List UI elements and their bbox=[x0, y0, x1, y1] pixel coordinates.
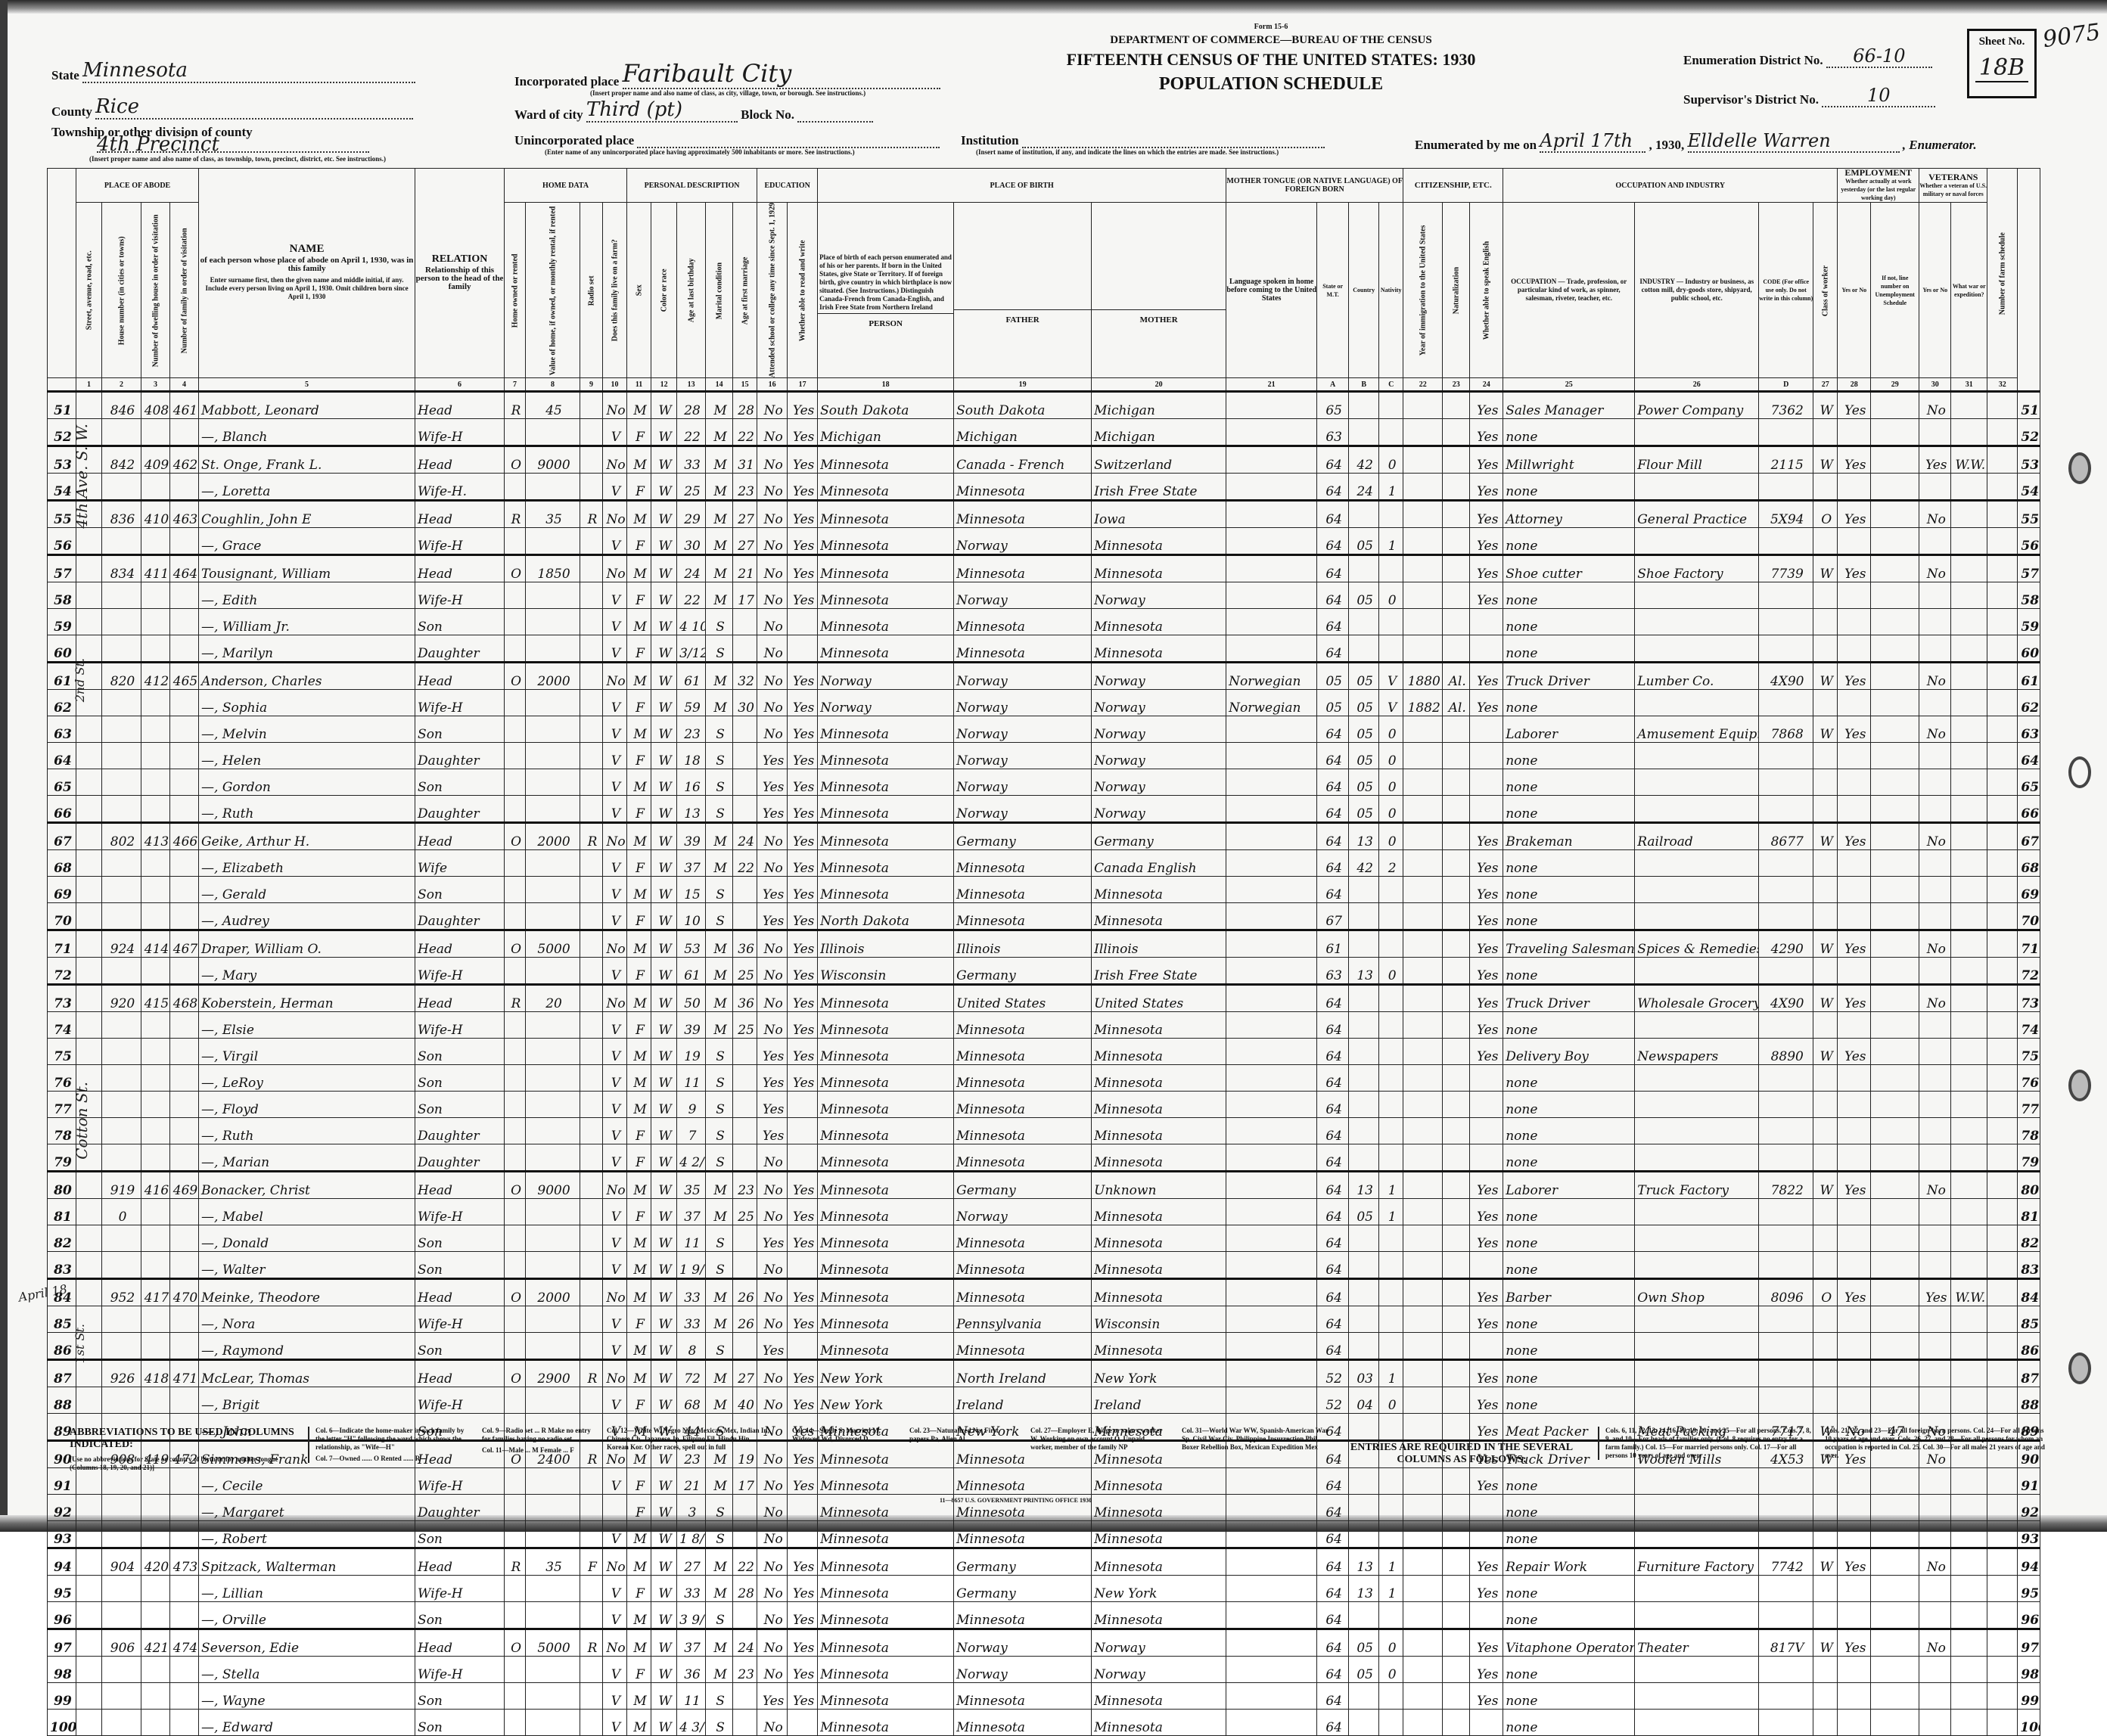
cell-code-a: 64 bbox=[1317, 850, 1349, 877]
cell-work bbox=[1838, 743, 1871, 769]
cell-code-a: 64 bbox=[1317, 528, 1349, 555]
cell-tongue bbox=[1226, 474, 1317, 501]
table-row: 77—, FloydSonVMW9SYesMinnesotaMinnesotaM… bbox=[48, 1092, 2068, 1118]
cell-immig bbox=[1403, 392, 1443, 419]
table-row: 87926418471McLear, ThomasHeadO2900RNoMW7… bbox=[48, 1360, 2068, 1387]
cell-class bbox=[1813, 743, 1838, 769]
table-row: 65—, GordonSonVMW16SYesYesMinnesotaNorwa… bbox=[48, 769, 2068, 796]
cell-class bbox=[1813, 1252, 1838, 1279]
cell-race: W bbox=[651, 1521, 677, 1532]
cell-vet bbox=[1919, 1252, 1951, 1279]
cell-father: Minnesota bbox=[954, 1225, 1092, 1252]
cell-house bbox=[102, 474, 141, 501]
cell-code-a: 64 bbox=[1317, 1252, 1349, 1279]
cell-code-c: 0 bbox=[1379, 769, 1403, 796]
cell-english bbox=[1470, 1065, 1503, 1092]
cell-race: W bbox=[651, 930, 677, 958]
cell-code-c bbox=[1379, 903, 1403, 930]
marital-header: Marital condition bbox=[706, 203, 733, 378]
cell-age-marr: 23 bbox=[733, 474, 757, 501]
cell-class bbox=[1813, 1333, 1838, 1360]
cell-birth: Minnesota bbox=[818, 877, 954, 903]
cell-war bbox=[1951, 1521, 1987, 1532]
cell-read bbox=[788, 609, 818, 635]
cell-war bbox=[1951, 1199, 1987, 1225]
cell-radio bbox=[580, 528, 603, 555]
cell-street bbox=[76, 446, 102, 474]
cell-code-b: 05 bbox=[1349, 769, 1379, 796]
cell-tongue bbox=[1226, 903, 1317, 930]
cell-father: Minnesota bbox=[954, 501, 1092, 528]
cell-occ-code bbox=[1759, 1306, 1813, 1333]
cell-class: W bbox=[1813, 1039, 1838, 1065]
cell-immig bbox=[1403, 1225, 1443, 1252]
cell-farm: V bbox=[603, 1306, 627, 1333]
relation-header: RELATION Relationship of this person to … bbox=[415, 169, 505, 378]
cell-name: —, Marilyn bbox=[199, 635, 415, 663]
cell-street bbox=[76, 716, 102, 743]
cell-age-marr bbox=[733, 769, 757, 796]
cell-occupation: none bbox=[1503, 582, 1635, 609]
cell-house bbox=[102, 716, 141, 743]
cell-code-c: 1 bbox=[1379, 1199, 1403, 1225]
cell-house bbox=[102, 690, 141, 716]
cell-dwelling bbox=[141, 877, 170, 903]
line-number-right: 80 bbox=[2018, 1172, 2040, 1199]
cell-radio bbox=[580, 446, 603, 474]
cell-family: 463 bbox=[170, 501, 199, 528]
cell-sex: F bbox=[627, 1118, 651, 1144]
cell-farm: No bbox=[603, 446, 627, 474]
cell-industry: Newspapers bbox=[1635, 1039, 1759, 1065]
col-num: 17 bbox=[788, 378, 818, 392]
cell-owned: O bbox=[505, 446, 526, 474]
cell-code-b: 05 bbox=[1349, 528, 1379, 555]
cell-father: Norway bbox=[954, 663, 1092, 690]
cell-vet bbox=[1919, 635, 1951, 663]
cell-farm: V bbox=[603, 958, 627, 985]
cell-relation: Wife-H bbox=[415, 1387, 505, 1414]
cell-birth: Minnesota bbox=[818, 769, 954, 796]
cell-house bbox=[102, 1092, 141, 1118]
cell-code-b bbox=[1349, 609, 1379, 635]
cell-value: 45 bbox=[526, 392, 580, 419]
cell-dwelling bbox=[141, 769, 170, 796]
cell-name: Coughlin, John E bbox=[199, 501, 415, 528]
cell-house bbox=[102, 635, 141, 663]
cell-marital: M bbox=[706, 501, 733, 528]
line-number-right: 57 bbox=[2018, 555, 2040, 582]
cell-mother: Germany bbox=[1092, 823, 1226, 850]
cell-birth: Minnesota bbox=[818, 474, 954, 501]
cell-radio: R bbox=[580, 501, 603, 528]
cell-sex: M bbox=[627, 555, 651, 582]
cell-tongue bbox=[1226, 769, 1317, 796]
cell-age: 3/12 bbox=[677, 635, 706, 663]
cell-name: St. Onge, Frank L. bbox=[199, 446, 415, 474]
veteran-yes-no-header: Yes or No bbox=[1919, 203, 1951, 378]
cell-mother: Norway bbox=[1092, 743, 1226, 769]
cell-mother: Minnesota bbox=[1092, 1065, 1226, 1092]
line-number-right: 87 bbox=[2018, 1360, 2040, 1387]
cell-natur bbox=[1443, 1199, 1470, 1225]
cell-race: W bbox=[651, 958, 677, 985]
cell-farm-sched bbox=[1987, 1199, 2018, 1225]
cell-age: 35 bbox=[677, 1172, 706, 1199]
cell-owned bbox=[505, 1333, 526, 1360]
cell-sex: M bbox=[627, 446, 651, 474]
cell-marital: S bbox=[706, 716, 733, 743]
line-number: 72 bbox=[48, 958, 76, 985]
cell-industry bbox=[1635, 419, 1759, 446]
cell-father: Minnesota bbox=[954, 474, 1092, 501]
col14-note: Col. 14—Single S, Married M, Widowed Wd,… bbox=[792, 1427, 890, 1443]
cell-immig: 1880 bbox=[1403, 663, 1443, 690]
cell-english bbox=[1470, 609, 1503, 635]
cell-school: No bbox=[757, 663, 788, 690]
cell-industry bbox=[1635, 528, 1759, 555]
cell-war bbox=[1951, 1333, 1987, 1360]
cell-age: 33 bbox=[677, 1306, 706, 1333]
enumerated-label: Enumerated by me on bbox=[1415, 138, 1537, 152]
cell-immig bbox=[1403, 1199, 1443, 1225]
cell-class bbox=[1813, 1521, 1838, 1532]
cell-tongue bbox=[1226, 1172, 1317, 1199]
table-row: 83—, WalterSonVMW1 9/12SNoMinnesotaMinne… bbox=[48, 1252, 2068, 1279]
cell-marital: M bbox=[706, 528, 733, 555]
cell-occ-code bbox=[1759, 419, 1813, 446]
cell-relation: Head bbox=[415, 392, 505, 419]
table-row: 75—, VirgilSonVMW19SYesYesMinnesotaMinne… bbox=[48, 1039, 2068, 1065]
occupation-header: OCCUPATION — Trade, profession, or parti… bbox=[1503, 203, 1635, 378]
cell-occ-code: 4X90 bbox=[1759, 663, 1813, 690]
cell-class: W bbox=[1813, 1172, 1838, 1199]
cell-code-c: 1 bbox=[1379, 1360, 1403, 1387]
cell-class bbox=[1813, 958, 1838, 985]
cell-birth: Minnesota bbox=[818, 823, 954, 850]
cell-vet bbox=[1919, 690, 1951, 716]
cell-marital: M bbox=[706, 1387, 733, 1414]
veterans-group-header: VETERANS Whether a veteran of U.S. milit… bbox=[1919, 169, 1987, 203]
cell-english bbox=[1470, 1118, 1503, 1144]
cell-tongue bbox=[1226, 1039, 1317, 1065]
cell-marital: M bbox=[706, 446, 733, 474]
cell-owned: O bbox=[505, 1279, 526, 1306]
cell-natur bbox=[1443, 958, 1470, 985]
col-num: 28 bbox=[1838, 378, 1871, 392]
cell-industry: Spices & Remedies bbox=[1635, 930, 1759, 958]
col-num: 31 bbox=[1951, 378, 1987, 392]
cell-vet bbox=[1919, 1144, 1951, 1172]
cell-family bbox=[170, 850, 199, 877]
cell-read: Yes bbox=[788, 1065, 818, 1092]
cell-read: Yes bbox=[788, 1199, 818, 1225]
table-row: 56—, GraceWife-HVFW30M27NoYesMinnesotaNo… bbox=[48, 528, 2068, 555]
cell-father: Minnesota bbox=[954, 850, 1092, 877]
cell-age: 10 bbox=[677, 903, 706, 930]
cell-work bbox=[1838, 1012, 1871, 1039]
col23-note: Col. 23—Naturalized Na, First papers Pa,… bbox=[909, 1427, 1015, 1443]
col-num: D bbox=[1759, 378, 1813, 392]
cell-farm-sched bbox=[1987, 1012, 2018, 1039]
cell-sex: F bbox=[627, 796, 651, 823]
cell-occ-code: 8677 bbox=[1759, 823, 1813, 850]
cell-family bbox=[170, 1039, 199, 1065]
cell-unemp bbox=[1871, 903, 1919, 930]
cell-tongue bbox=[1226, 1360, 1317, 1387]
cell-name: Bonacker, Christ bbox=[199, 1172, 415, 1199]
cell-age-marr: 27 bbox=[733, 528, 757, 555]
cell-sex: M bbox=[627, 769, 651, 796]
cell-class bbox=[1813, 769, 1838, 796]
cell-dwelling bbox=[141, 903, 170, 930]
cell-mother: Minnesota bbox=[1092, 609, 1226, 635]
cell-age: 9 bbox=[677, 1092, 706, 1118]
cell-unemp bbox=[1871, 823, 1919, 850]
cell-code-b bbox=[1349, 419, 1379, 446]
cell-birth: Minnesota bbox=[818, 528, 954, 555]
cell-house bbox=[102, 528, 141, 555]
cell-age: 39 bbox=[677, 823, 706, 850]
cell-marital: S bbox=[706, 796, 733, 823]
cell-value: 20 bbox=[526, 985, 580, 1012]
cell-farm: V bbox=[603, 690, 627, 716]
cell-age-marr bbox=[733, 1252, 757, 1279]
cell-marital: S bbox=[706, 1333, 733, 1360]
col-num: 21 bbox=[1226, 378, 1317, 392]
cell-value bbox=[526, 528, 580, 555]
incorporated-label: Incorporated place bbox=[514, 74, 619, 89]
cell-owned bbox=[505, 1092, 526, 1118]
cell-race: W bbox=[651, 1387, 677, 1414]
table-row: 76—, LeRoySonVMW11SYesYesMinnesotaMinnes… bbox=[48, 1065, 2068, 1092]
cell-mother: Minnesota bbox=[1092, 528, 1226, 555]
cell-owned bbox=[505, 1065, 526, 1092]
cell-unemp bbox=[1871, 1279, 1919, 1306]
cell-street bbox=[76, 1172, 102, 1199]
table-row: 52—, BlanchWife-HVFW22M22NoYesMichiganMi… bbox=[48, 419, 2068, 446]
cell-tongue bbox=[1226, 582, 1317, 609]
line-number: 60 bbox=[48, 635, 76, 663]
cell-sex: M bbox=[627, 716, 651, 743]
cell-mother: Irish Free State bbox=[1092, 958, 1226, 985]
cell-sex: M bbox=[627, 501, 651, 528]
cell-street bbox=[76, 823, 102, 850]
cell-tongue bbox=[1226, 850, 1317, 877]
house-number-header: House number (in cities or towns) bbox=[102, 203, 141, 378]
schedule-title: POPULATION SCHEDULE bbox=[1014, 74, 1528, 95]
table-row: 58—, EdithWife-HVFW22M17NoYesMinnesotaNo… bbox=[48, 582, 2068, 609]
mother-tongue-group-header: MOTHER TONGUE (OR NATIVE LANGUAGE) OF FO… bbox=[1226, 169, 1403, 203]
cell-radio bbox=[580, 796, 603, 823]
line-number: 86 bbox=[48, 1333, 76, 1360]
cell-work: Yes bbox=[1838, 501, 1871, 528]
cell-vet bbox=[1919, 1225, 1951, 1252]
cell-class: W bbox=[1813, 716, 1838, 743]
cell-birth: Minnesota bbox=[818, 1306, 954, 1333]
col-num: 6 bbox=[415, 378, 505, 392]
table-row: 82—, DonaldSonVMW11SYesYesMinnesotaMinne… bbox=[48, 1225, 2068, 1252]
cell-mother: Unknown bbox=[1092, 1172, 1226, 1199]
cell-read: Yes bbox=[788, 930, 818, 958]
cell-immig bbox=[1403, 958, 1443, 985]
cell-industry bbox=[1635, 1306, 1759, 1333]
cell-occupation: Laborer bbox=[1503, 1172, 1635, 1199]
cell-read bbox=[788, 1252, 818, 1279]
cell-code-a: 64 bbox=[1317, 743, 1349, 769]
footer-instructions: ABBREVIATIONS TO BE USED IN COLUMNS INDI… bbox=[47, 1427, 2059, 1510]
cell-family bbox=[170, 796, 199, 823]
cell-dwelling bbox=[141, 1012, 170, 1039]
cell-mother: Minnesota bbox=[1092, 1252, 1226, 1279]
cell-work: Yes bbox=[1838, 392, 1871, 419]
cell-owned bbox=[505, 1521, 526, 1532]
cell-code-c bbox=[1379, 501, 1403, 528]
line-number-right: 64 bbox=[2018, 743, 2040, 769]
cell-tongue: Norwegian bbox=[1226, 690, 1317, 716]
cell-war: W.W. bbox=[1951, 446, 1987, 474]
line-number-right: 72 bbox=[2018, 958, 2040, 985]
cell-farm-sched bbox=[1987, 501, 2018, 528]
cell-code-c: 0 bbox=[1379, 958, 1403, 985]
cell-sex: M bbox=[627, 1521, 651, 1532]
cell-relation: Wife-H bbox=[415, 690, 505, 716]
line-number-header bbox=[48, 169, 76, 378]
cell-radio bbox=[580, 769, 603, 796]
cell-value: 9000 bbox=[526, 1172, 580, 1199]
line-number-right: 88 bbox=[2018, 1387, 2040, 1414]
cell-code-b bbox=[1349, 1306, 1379, 1333]
township-note: (Insert proper name and also name of cla… bbox=[89, 153, 386, 166]
cell-code-c: 2 bbox=[1379, 850, 1403, 877]
cell-family: 465 bbox=[170, 663, 199, 690]
cell-relation: Son bbox=[415, 1333, 505, 1360]
cell-marital: M bbox=[706, 663, 733, 690]
cell-father: Minnesota bbox=[954, 609, 1092, 635]
cell-immig bbox=[1403, 823, 1443, 850]
enumerator-label: , Enumerator. bbox=[1903, 138, 1977, 152]
cell-value bbox=[526, 1012, 580, 1039]
line-number: 78 bbox=[48, 1118, 76, 1144]
cell-vet bbox=[1919, 850, 1951, 877]
cell-age-marr bbox=[733, 796, 757, 823]
cell-street bbox=[76, 985, 102, 1012]
cell-school: No bbox=[757, 958, 788, 985]
cell-code-a: 64 bbox=[1317, 796, 1349, 823]
cell-race: W bbox=[651, 1252, 677, 1279]
cell-mother: Canada English bbox=[1092, 850, 1226, 877]
cell-father: Pennsylvania bbox=[954, 1306, 1092, 1333]
cell-vet: No bbox=[1919, 392, 1951, 419]
cell-occ-code: 5X94 bbox=[1759, 501, 1813, 528]
cell-code-a: 63 bbox=[1317, 419, 1349, 446]
table-row: 70—, AudreyDaughterVFW10SYesYesNorth Dak… bbox=[48, 903, 2068, 930]
cell-race: W bbox=[651, 555, 677, 582]
cell-war bbox=[1951, 823, 1987, 850]
owned-rented-header: Home owned or rented bbox=[505, 203, 526, 378]
cell-name: —, Gerald bbox=[199, 877, 415, 903]
cell-industry: Lumber Co. bbox=[1635, 663, 1759, 690]
cell-natur bbox=[1443, 1172, 1470, 1199]
cell-age: 37 bbox=[677, 850, 706, 877]
cell-unemp bbox=[1871, 1012, 1919, 1039]
cell-occ-code: 4X90 bbox=[1759, 985, 1813, 1012]
cell-name: —, William Jr. bbox=[199, 609, 415, 635]
cell-marital: S bbox=[706, 903, 733, 930]
cell-code-a: 64 bbox=[1317, 1521, 1349, 1532]
cell-mother: Michigan bbox=[1092, 392, 1226, 419]
line-number: 81 bbox=[48, 1199, 76, 1225]
cell-farm: No bbox=[603, 1172, 627, 1199]
col-num: 15 bbox=[733, 378, 757, 392]
cell-age-marr: 30 bbox=[733, 690, 757, 716]
cell-code-b: 42 bbox=[1349, 850, 1379, 877]
cell-work: Yes bbox=[1838, 823, 1871, 850]
cell-family bbox=[170, 1225, 199, 1252]
cell-farm: No bbox=[603, 985, 627, 1012]
cell-name: —, Floyd bbox=[199, 1092, 415, 1118]
cell-farm-sched bbox=[1987, 555, 2018, 582]
cell-radio bbox=[580, 877, 603, 903]
cell-family bbox=[170, 769, 199, 796]
cell-unemp bbox=[1871, 392, 1919, 419]
cell-mother: Minnesota bbox=[1092, 1039, 1226, 1065]
cell-farm-sched bbox=[1987, 1521, 2018, 1532]
cell-radio bbox=[580, 903, 603, 930]
cell-occupation: Truck Driver bbox=[1503, 663, 1635, 690]
col-num: 19 bbox=[954, 378, 1092, 392]
cell-class bbox=[1813, 1118, 1838, 1144]
cell-code-a: 64 bbox=[1317, 1118, 1349, 1144]
cell-value: 2000 bbox=[526, 663, 580, 690]
cell-family: 468 bbox=[170, 985, 199, 1012]
cell-war bbox=[1951, 392, 1987, 419]
cell-immig bbox=[1403, 528, 1443, 555]
cell-industry bbox=[1635, 474, 1759, 501]
cell-value: 5000 bbox=[526, 930, 580, 958]
cell-farm-sched bbox=[1987, 663, 2018, 690]
cell-code-b bbox=[1349, 877, 1379, 903]
cell-dwelling: 414 bbox=[141, 930, 170, 958]
language-spoken-header: Language spoken in home before coming to… bbox=[1226, 203, 1317, 378]
cell-vet bbox=[1919, 582, 1951, 609]
cell-tongue bbox=[1226, 1199, 1317, 1225]
cell-school: Yes bbox=[757, 743, 788, 769]
cell-work bbox=[1838, 609, 1871, 635]
cell-school: No bbox=[757, 555, 788, 582]
cell-farm: No bbox=[603, 663, 627, 690]
table-row: 68—, ElizabethWifeVFW37M22NoYesMinnesota… bbox=[48, 850, 2068, 877]
cell-english bbox=[1470, 796, 1503, 823]
cell-code-c bbox=[1379, 1225, 1403, 1252]
cell-relation: Wife-H bbox=[415, 528, 505, 555]
cell-tongue bbox=[1226, 635, 1317, 663]
line-number-right: 74 bbox=[2018, 1012, 2040, 1039]
cell-dwelling bbox=[141, 635, 170, 663]
cell-mother: Ireland bbox=[1092, 1387, 1226, 1414]
line-number: 56 bbox=[48, 528, 76, 555]
cell-immig bbox=[1403, 1172, 1443, 1199]
cell-relation: Son bbox=[415, 1225, 505, 1252]
table-row: 60—, MarilynDaughterVFW3/12SNoMinnesotaM… bbox=[48, 635, 2068, 663]
cell-tongue bbox=[1226, 1144, 1317, 1172]
cell-read: Yes bbox=[788, 1387, 818, 1414]
cell-class bbox=[1813, 1225, 1838, 1252]
cell-read bbox=[788, 1521, 818, 1532]
cell-sex: F bbox=[627, 850, 651, 877]
cell-industry bbox=[1635, 1199, 1759, 1225]
cell-occupation: Attorney bbox=[1503, 501, 1635, 528]
